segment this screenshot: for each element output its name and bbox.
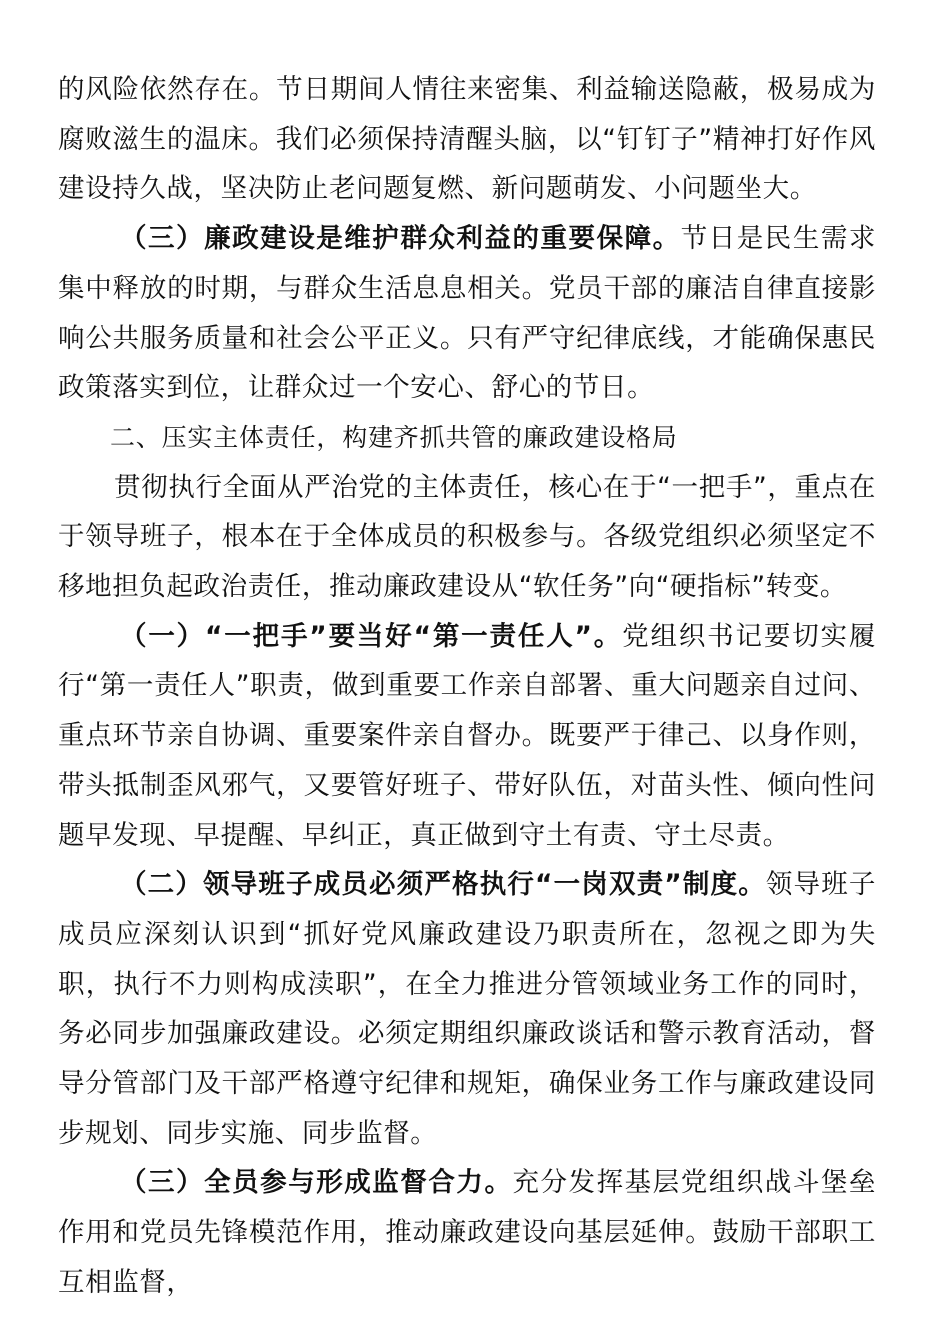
- paragraph-subsection-1-first-responsible: （一）“一把手”要当好“第一责任人”。党组织书记要切实履行“第一责任人”职责，做…: [58, 612, 876, 861]
- paragraph-risk-continuation: 的风险依然存在。节日期间人情往来密集、利益输送隐蔽，极易成为腐败滋生的温床。我们…: [58, 65, 876, 214]
- paragraph-text: 贯彻执行全面从严治党的主体责任，核心在于“一把手”，重点在于领导班子，根本在于全…: [58, 472, 876, 602]
- paragraph-main-responsibility: 贯彻执行全面从严治党的主体责任，核心在于“一把手”，重点在于领导班子，根本在于全…: [58, 463, 876, 612]
- section-heading-2: 二、压实主体责任，构建齐抓共管的廉政建设格局: [58, 413, 876, 463]
- paragraph-text: 党组织书记要切实履行“第一责任人”职责，做到重要工作亲自部署、重大问题亲自过问、…: [58, 621, 876, 851]
- paragraph-subsection-2-dual-duty: （二）领导班子成员必须严格执行“一岗双责”制度。领导班子成员应深刻认识到“抓好党…: [58, 860, 876, 1158]
- paragraph-text: 领导班子成员应深刻认识到“抓好党风廉政建设乃职责所在，忽视之即为失职，执行不力则…: [58, 869, 876, 1149]
- paragraph-subsection-3-people-interest: （三）廉政建设是维护群众利益的重要保障。节日是民生需求集中释放的时期，与群众生活…: [58, 214, 876, 413]
- subsection-lead-heading: （三）全员参与形成监督合力。: [120, 1167, 512, 1198]
- subsection-lead-heading: （二）领导班子成员必须严格执行“一岗双责”制度。: [120, 869, 766, 900]
- subsection-lead-heading: （三）廉政建设是维护群众利益的重要保障。: [120, 223, 681, 254]
- document-page: 的风险依然存在。节日期间人情往来密集、利益输送隐蔽，极易成为腐败滋生的温床。我们…: [58, 65, 876, 1308]
- paragraph-text: 的风险依然存在。节日期间人情往来密集、利益输送隐蔽，极易成为腐败滋生的温床。我们…: [58, 74, 876, 204]
- paragraph-subsection-3-all-staff: （三）全员参与形成监督合力。充分发挥基层党组织战斗堡垒作用和党员先锋模范作用，推…: [58, 1158, 876, 1307]
- subsection-lead-heading: （一）“一把手”要当好“第一责任人”。: [120, 621, 622, 652]
